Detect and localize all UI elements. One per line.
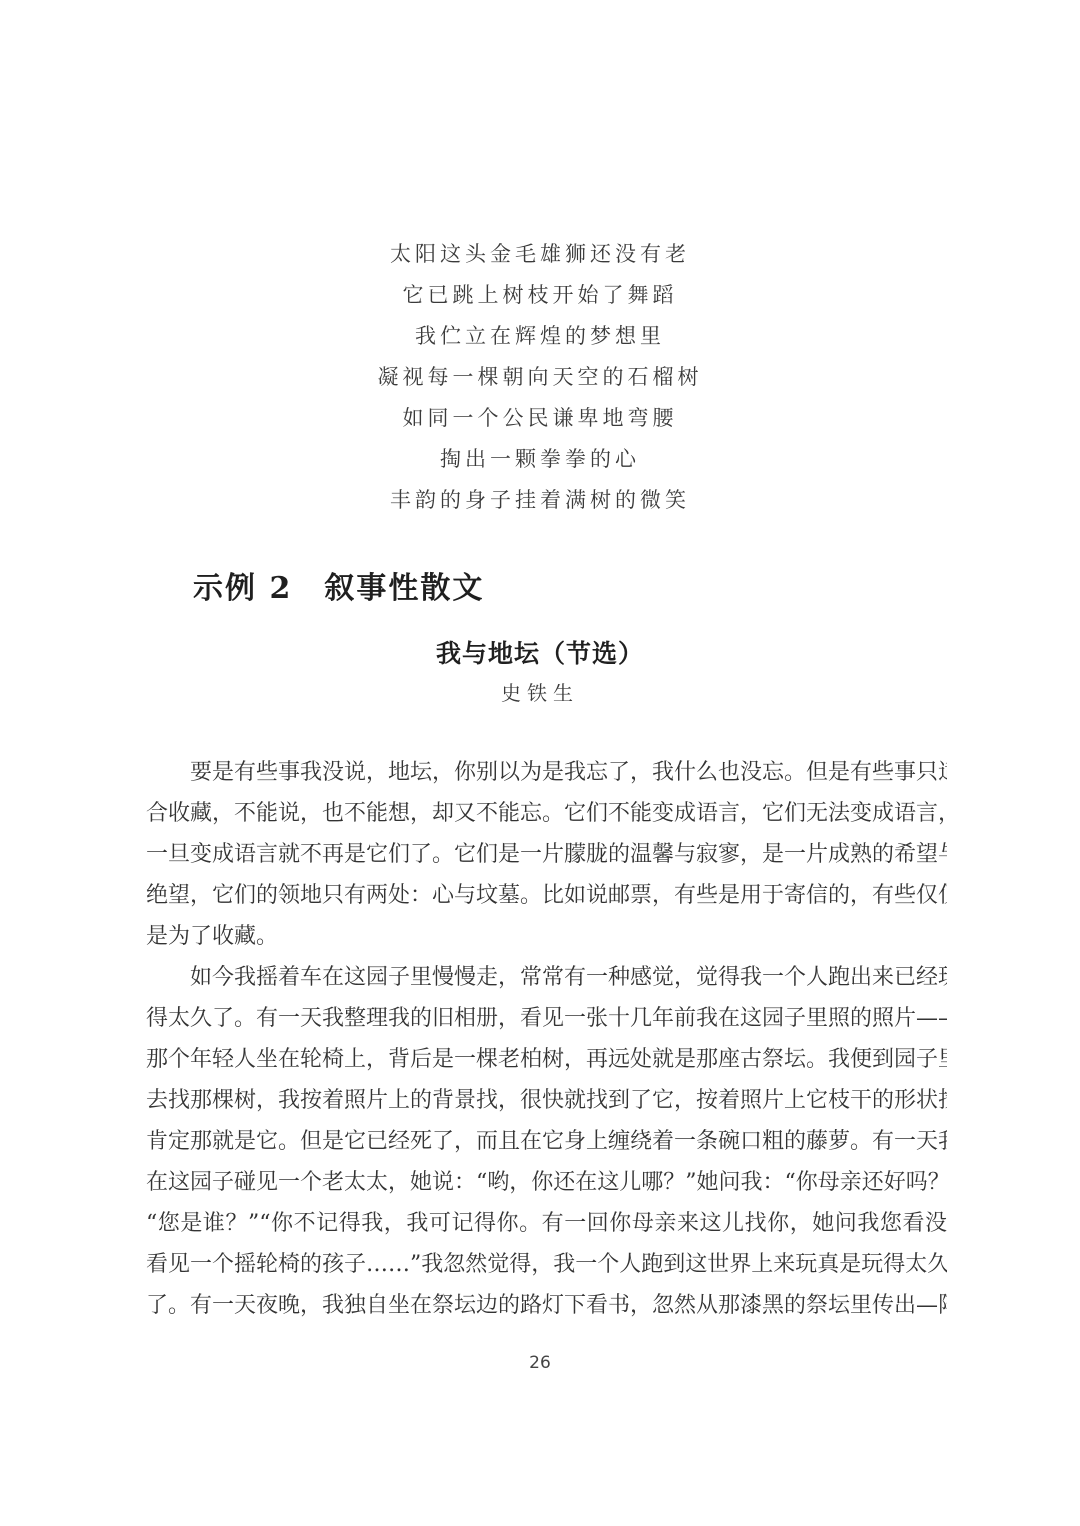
- section-heading: 示例 2 叙事性散文: [193, 570, 484, 608]
- poem-line: 掏出一颗拳拳的心: [0, 439, 1080, 480]
- paragraph-line: 一旦变成语言就不再是它们了。它们是一片朦胧的温馨与寂寥，是一片成熟的希望与: [146, 834, 947, 875]
- paragraph-line: 得太久了。有一天我整理我的旧相册，看见一张十几年前我在这园子里照的照片——: [146, 998, 947, 1039]
- poem-line: 太阳这头金毛雄狮还没有老: [0, 234, 1080, 275]
- essay-body: 要是有些事我没说，地坛，你别以为是我忘了，我什么也没忘。但是有些事只适 合收藏，…: [146, 752, 947, 1326]
- paragraph-line: 绝望，它们的领地只有两处：心与坟墓。比如说邮票，有些是用于寄信的，有些仅仅: [146, 875, 947, 916]
- paragraph-line: 要是有些事我没说，地坛，你别以为是我忘了，我什么也没忘。但是有些事只适: [146, 752, 947, 793]
- poem-block: 太阳这头金毛雄狮还没有老 它已跳上树枝开始了舞蹈 我伫立在辉煌的梦想里 凝视每一…: [0, 234, 1080, 521]
- document-page: 太阳这头金毛雄狮还没有老 它已跳上树枝开始了舞蹈 我伫立在辉煌的梦想里 凝视每一…: [0, 0, 1080, 1526]
- paragraph-line: 在这园子碰见一个老太太，她说：“哟，你还在这儿哪？”她问我：“你母亲还好吗？”: [146, 1162, 947, 1203]
- poem-line: 凝视每一棵朝向天空的石榴树: [0, 357, 1080, 398]
- poem-line: 我伫立在辉煌的梦想里: [0, 316, 1080, 357]
- poem-line: 如同一个公民谦卑地弯腰: [0, 398, 1080, 439]
- paragraph-line: 如今我摇着车在这园子里慢慢走，常常有一种感觉，觉得我一个人跑出来已经玩: [146, 957, 947, 998]
- paragraph-line: “您是谁？”“你不记得我，我可记得你。有一回你母亲来这儿找你，她问我您看没: [146, 1203, 947, 1244]
- paragraph-line: 了。有一天夜晚，我独自坐在祭坛边的路灯下看书，忽然从那漆黑的祭坛里传出—阵: [146, 1285, 947, 1326]
- paragraph: 要是有些事我没说，地坛，你别以为是我忘了，我什么也没忘。但是有些事只适 合收藏，…: [146, 752, 947, 957]
- paragraph-line: 是为了收藏。: [146, 916, 947, 957]
- paragraph-line: 去找那棵树，我按着照片上的背景找，很快就找到了它，按着照片上它枝干的形状找，: [146, 1080, 947, 1121]
- essay-title: 我与地坛（节选）: [0, 637, 1080, 671]
- paragraph-line: 合收藏，不能说，也不能想，却又不能忘。它们不能变成语言，它们无法变成语言，: [146, 793, 947, 834]
- paragraph: 如今我摇着车在这园子里慢慢走，常常有一种感觉，觉得我一个人跑出来已经玩 得太久了…: [146, 957, 947, 1326]
- page-number: 26: [0, 1353, 1080, 1373]
- essay-author: 史铁生: [0, 679, 1080, 707]
- poem-line: 它已跳上树枝开始了舞蹈: [0, 275, 1080, 316]
- paragraph-line: 肯定那就是它。但是它已经死了，而且在它身上缠绕着一条碗口粗的藤萝。有一天我: [146, 1121, 947, 1162]
- poem-line: 丰韵的身子挂着满树的微笑: [0, 480, 1080, 521]
- paragraph-line: 看见一个摇轮椅的孩子……”我忽然觉得，我一个人跑到这世界上来玩真是玩得太久: [146, 1244, 947, 1285]
- paragraph-line: 那个年轻人坐在轮椅上，背后是一棵老柏树，再远处就是那座古祭坛。我便到园子里: [146, 1039, 947, 1080]
